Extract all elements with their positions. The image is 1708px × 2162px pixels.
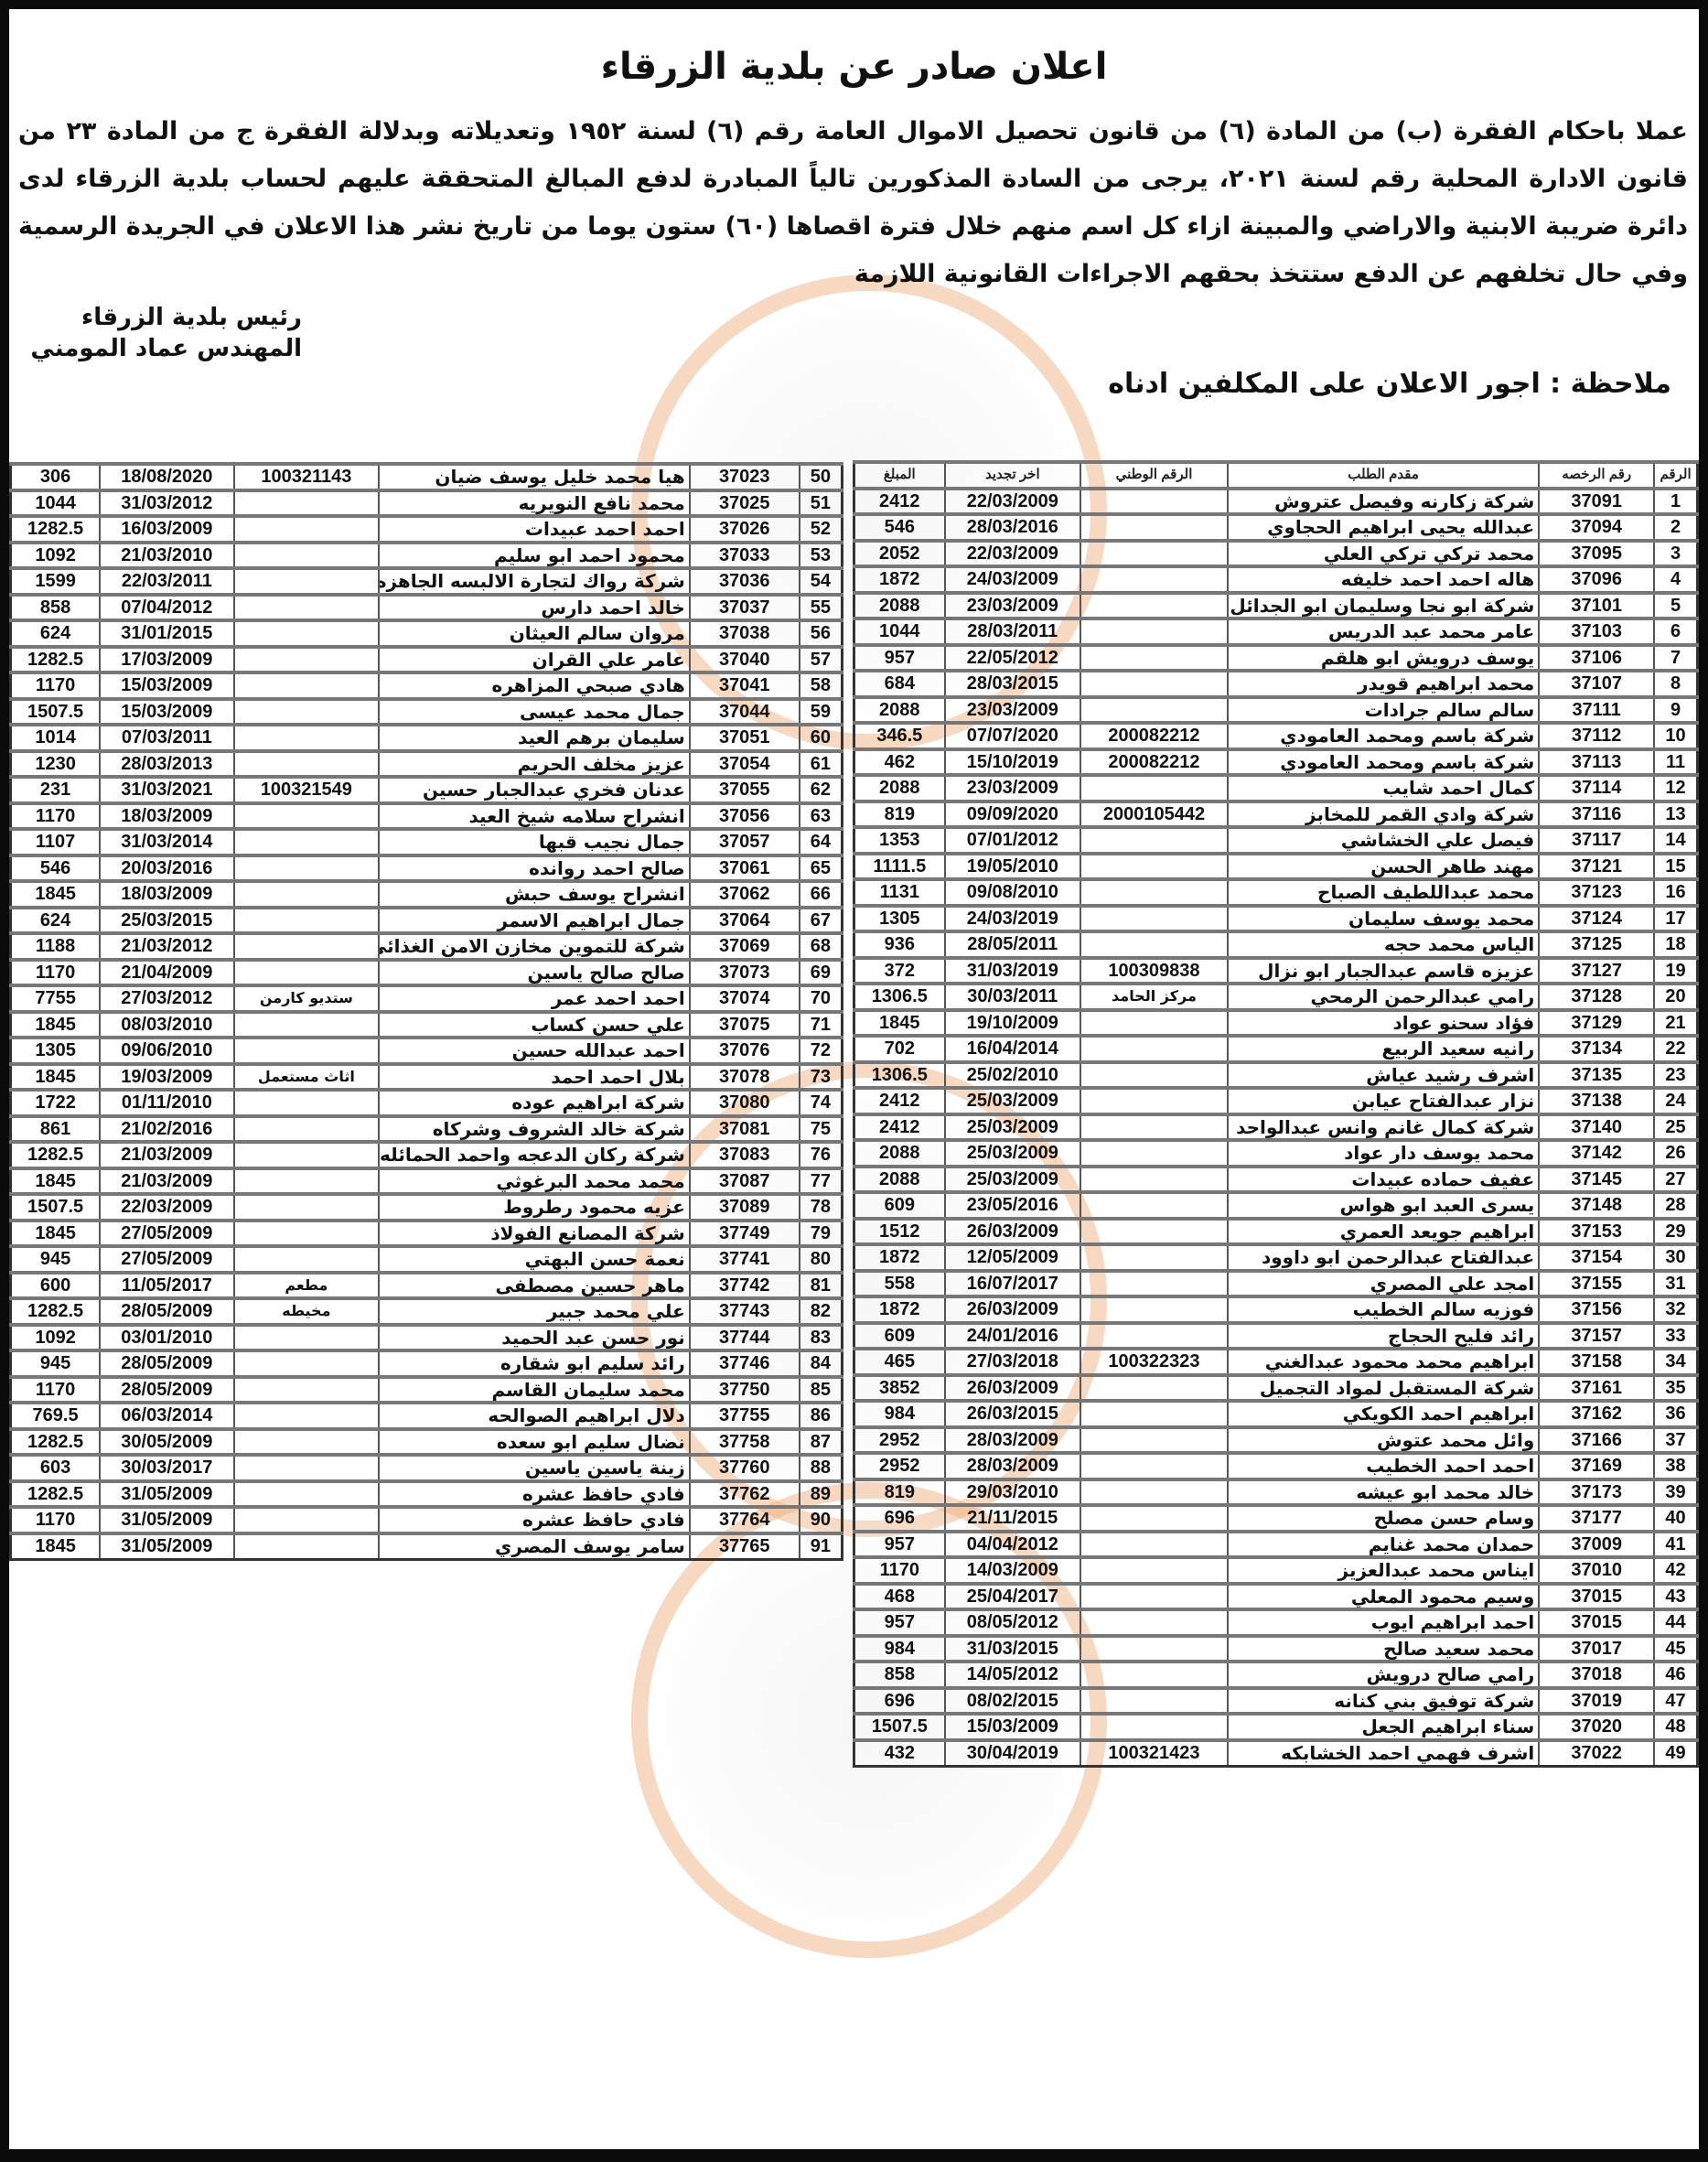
- announcement-title: اعلان صادر عن بلدية الزرقاء: [9, 46, 1699, 88]
- signature-block: رئيس بلدية الزرقاء المهندس عماد المومني: [27, 302, 302, 364]
- announcement-body: عملا باحكام الفقرة (ب) من المادة (٦) من …: [18, 108, 1688, 298]
- announcement-note: ملاحظة : اجور الاعلان على المكلفين ادناه: [1108, 368, 1671, 400]
- signature-name: المهندس عماد المومني: [27, 333, 302, 364]
- signature-title: رئيس بلدية الزرقاء: [27, 302, 302, 333]
- announcement-document: اعلان صادر عن بلدية الزرقاء عملا باحكام …: [9, 9, 1699, 2149]
